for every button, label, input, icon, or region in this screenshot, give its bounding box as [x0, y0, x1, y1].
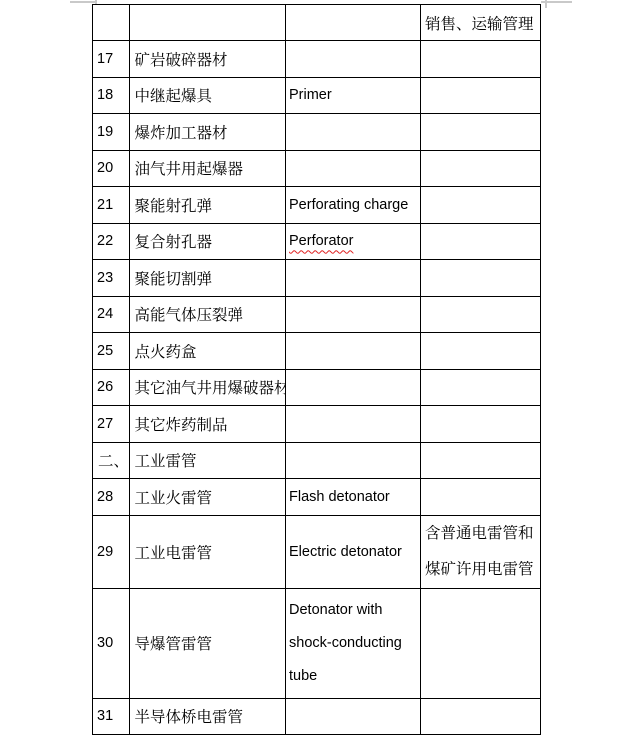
cell-number — [93, 5, 130, 41]
cell-number: 28 — [93, 479, 130, 516]
cell-english-name — [286, 442, 421, 479]
cell-number: 31 — [93, 698, 130, 735]
cell-note — [421, 77, 541, 114]
cell-english-name: Electric detonator — [286, 515, 421, 588]
note-line: 含普通电雷管和 — [425, 516, 540, 552]
table-row: 22 复合射孔器 Perforator — [93, 223, 541, 260]
cell-english-name — [286, 260, 421, 297]
page-crease-tick-right — [545, 0, 547, 8]
cell-chinese-name: 高能气体压裂弹 — [129, 296, 286, 333]
cell-number: 二、 — [93, 442, 130, 479]
cell-note — [421, 479, 541, 516]
table-row: 31 半导体桥电雷管 — [93, 698, 541, 735]
table-row: 27 其它炸药制品 — [93, 406, 541, 443]
cell-note — [421, 114, 541, 151]
table-row: 24 高能气体压裂弹 — [93, 296, 541, 333]
cell-english-name — [286, 698, 421, 735]
cell-note — [421, 223, 541, 260]
cell-chinese-name: 导爆管雷管 — [129, 588, 286, 698]
cell-chinese-name: 工业电雷管 — [129, 515, 286, 588]
cell-note: 含普通电雷管和 煤矿许用电雷管 — [421, 515, 541, 588]
cell-number: 21 — [93, 187, 130, 224]
cell-english-name: Primer — [286, 77, 421, 114]
table-row: 18 中继起爆具 Primer — [93, 77, 541, 114]
cell-english-name: Perforator — [286, 223, 421, 260]
cell-chinese-name: 工业雷管 — [129, 442, 286, 479]
cell-chinese-name: 其它炸药制品 — [129, 406, 286, 443]
table-row: 20 油气井用起爆器 — [93, 150, 541, 187]
cell-chinese-name: 中继起爆具 — [129, 77, 286, 114]
table-row: 23 聚能切割弹 — [93, 260, 541, 297]
table-row: 销售、运输管理 — [93, 5, 541, 41]
cell-chinese-name: 其它油气井用爆破器材 — [129, 369, 286, 406]
cell-english-name — [286, 150, 421, 187]
table-row: 30 导爆管雷管 Detonator with shock-conducting… — [93, 588, 541, 698]
cell-chinese-name: 聚能切割弹 — [129, 260, 286, 297]
cell-english-name — [286, 5, 421, 41]
table-row: 17 矿岩破碎器材 — [93, 41, 541, 78]
cell-english-name — [286, 296, 421, 333]
cell-note — [421, 588, 541, 698]
cell-number: 27 — [93, 406, 130, 443]
table-row: 19 爆炸加工器材 — [93, 114, 541, 151]
cell-english-name: Perforating charge — [286, 187, 421, 224]
cell-chinese-name — [129, 5, 286, 41]
cell-chinese-name: 油气井用起爆器 — [129, 150, 286, 187]
table-row: 29 工业电雷管 Electric detonator 含普通电雷管和 煤矿许用… — [93, 515, 541, 588]
table-row: 26 其它油气井用爆破器材 — [93, 369, 541, 406]
cell-english-name — [286, 114, 421, 151]
cell-chinese-name: 聚能射孔弹 — [129, 187, 286, 224]
cell-number: 17 — [93, 41, 130, 78]
cell-note — [421, 41, 541, 78]
cell-note — [421, 698, 541, 735]
cell-note — [421, 406, 541, 443]
page-crease-mark-left — [70, 1, 97, 3]
note-line: 煤矿许用电雷管 — [425, 552, 540, 588]
cell-english-name: Detonator with shock-conducting tube — [286, 588, 421, 698]
cell-number: 30 — [93, 588, 130, 698]
cell-english-name — [286, 41, 421, 78]
cell-number: 24 — [93, 296, 130, 333]
cell-number: 25 — [93, 333, 130, 370]
cell-english-name — [286, 369, 421, 406]
cell-number: 29 — [93, 515, 130, 588]
cell-note — [421, 296, 541, 333]
table-row: 28 工业火雷管 Flash detonator — [93, 479, 541, 516]
cell-english-name — [286, 333, 421, 370]
cell-note: 销售、运输管理 — [421, 5, 541, 41]
english-name-line: Detonator with — [289, 594, 420, 627]
cell-number: 20 — [93, 150, 130, 187]
table-row-section-header: 二、 工业雷管 — [93, 442, 541, 479]
explosives-products-table: 销售、运输管理 17 矿岩破碎器材 18 中继起爆具 Primer 19 爆炸加… — [92, 4, 541, 735]
cell-note — [421, 187, 541, 224]
cell-chinese-name: 工业火雷管 — [129, 479, 286, 516]
misspelled-word: Perforator — [289, 233, 353, 249]
cell-chinese-name: 复合射孔器 — [129, 223, 286, 260]
cell-english-name: Flash detonator — [286, 479, 421, 516]
cell-number: 26 — [93, 369, 130, 406]
cell-number: 19 — [93, 114, 130, 151]
cell-note — [421, 150, 541, 187]
cell-number: 23 — [93, 260, 130, 297]
table-row: 25 点火药盒 — [93, 333, 541, 370]
table-row: 21 聚能射孔弹 Perforating charge — [93, 187, 541, 224]
document-page: 销售、运输管理 17 矿岩破碎器材 18 中继起爆具 Primer 19 爆炸加… — [0, 0, 632, 743]
cell-number: 22 — [93, 223, 130, 260]
cell-note — [421, 369, 541, 406]
cell-english-name — [286, 406, 421, 443]
cell-chinese-name: 点火药盒 — [129, 333, 286, 370]
cell-note — [421, 260, 541, 297]
cell-number: 18 — [93, 77, 130, 114]
cell-chinese-name: 矿岩破碎器材 — [129, 41, 286, 78]
cell-note — [421, 333, 541, 370]
cell-note — [421, 442, 541, 479]
english-name-line: shock-conducting — [289, 627, 420, 660]
english-name-line: tube — [289, 660, 420, 693]
cell-chinese-name: 半导体桥电雷管 — [129, 698, 286, 735]
cell-chinese-name: 爆炸加工器材 — [129, 114, 286, 151]
